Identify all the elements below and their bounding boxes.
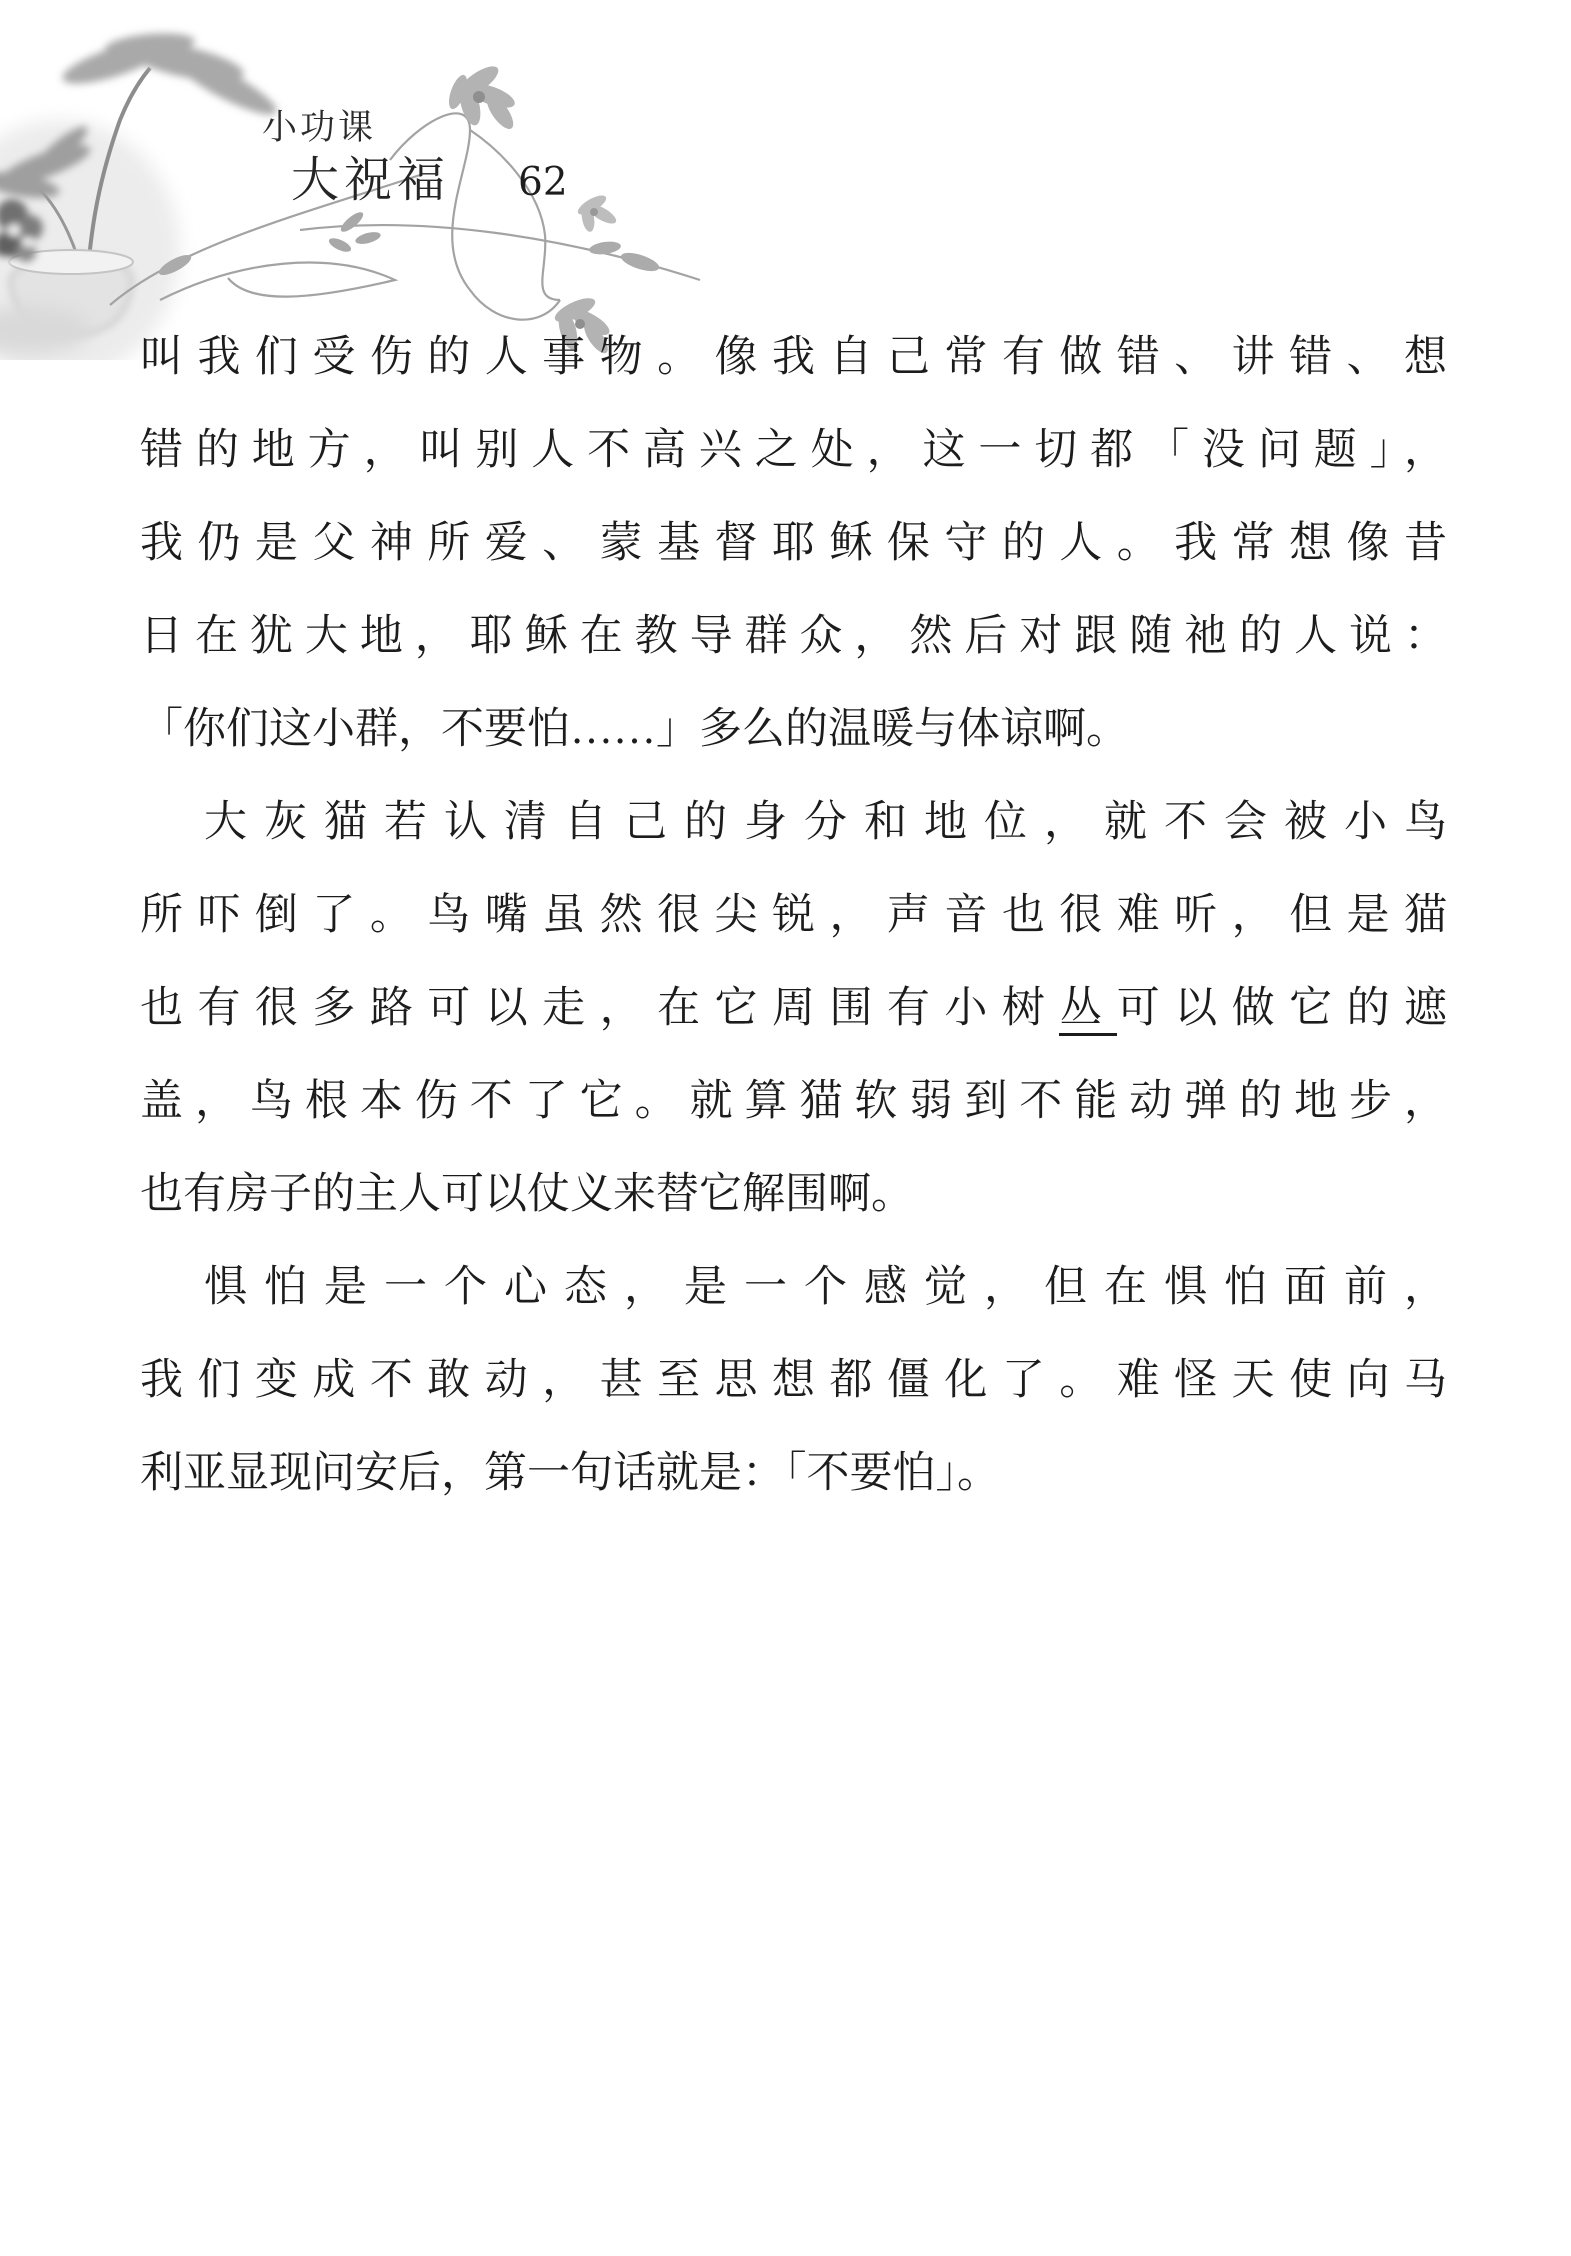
- text-line: 大灰猫若认清自己的身分和地位，就不会被小鸟: [140, 776, 1447, 869]
- text-line: 错的地方，叫别人不高兴之处，这一切都「没问题」，: [140, 404, 1447, 497]
- text-line: 也有很多路可以走，在它周围有小树丛可以做它的遮: [140, 962, 1447, 1055]
- text-line: 日在犹大地，耶稣在教导群众，然后对跟随祂的人说：: [140, 590, 1447, 683]
- text-line: 利亚显现问安后，第一句话就是：「不要怕」。: [140, 1427, 1447, 1520]
- text-line: 我仍是父神所爱、蒙基督耶稣保守的人。我常想像昔: [140, 497, 1447, 590]
- text-line: 惧怕是一个心态，是一个感觉，但在惧怕面前，: [140, 1241, 1447, 1334]
- text-segment: 可以做它的遮: [1117, 985, 1447, 1032]
- book-page: 小功课 大祝福 62 叫我们受伤的人事物。像我自己常有做错、讲错、想 错的地方，…: [0, 0, 1571, 2256]
- body-text: 叫我们受伤的人事物。像我自己常有做错、讲错、想 错的地方，叫别人不高兴之处，这一…: [140, 311, 1447, 1520]
- text-line: 我们变成不敢动，甚至思想都僵化了。难怪天使向马: [140, 1334, 1447, 1427]
- text-segment: 也有很多路可以走，在它周围有小树: [140, 985, 1059, 1032]
- page-header: 小功课 大祝福 62: [0, 0, 900, 360]
- text-line: 所吓倒了。鸟嘴虽然很尖锐，声音也很难听，但是猫: [140, 869, 1447, 962]
- book-title: 大祝福: [291, 141, 450, 210]
- text-line: 叫我们受伤的人事物。像我自己常有做错、讲错、想: [140, 311, 1447, 404]
- text-line: 盖，鸟根本伤不了它。就算猫软弱到不能动弹的地步，: [140, 1055, 1447, 1148]
- text-line: 「你们这小群，不要怕……」多么的温暖与体谅啊。: [140, 683, 1447, 776]
- page-number: 62: [518, 160, 568, 205]
- text-line: 也有房子的主人可以仗义来替它解围啊。: [140, 1148, 1447, 1241]
- underlined-character: 丛: [1059, 985, 1116, 1036]
